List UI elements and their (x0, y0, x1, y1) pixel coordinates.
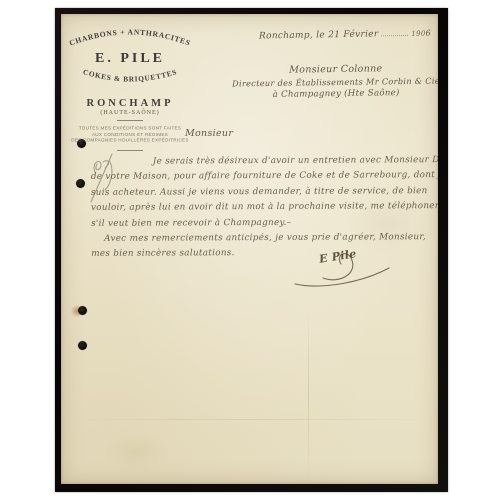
recipient-address: à Champagney (Hte Saône) (227, 87, 438, 100)
body-line: de votre Maison, pour affaire fourniture… (91, 168, 438, 185)
recipient-title: Directeur des Établissements Mr Corbin &… (227, 75, 438, 88)
letterhead-divider (117, 150, 143, 151)
dateline-place-date: Ronchamp, le 21 Février (259, 29, 379, 41)
notice-line: DES COMPAGNIES HOUILLÈRES EXPÉDITRICES (70, 138, 190, 144)
body-line: s'il veut bien me recevoir à Champagney.… (91, 215, 438, 232)
letterhead-arc-bottom: COKES & BRIQUETTES (65, 67, 195, 91)
company-name: E. PILE (65, 51, 195, 67)
dateline-year-digit: 6 (426, 28, 432, 37)
letterhead-region: (HAUTE-SAÔNE) (65, 110, 195, 116)
signature-block: E Pile (293, 244, 403, 296)
letterhead-arc-top-text: CHARBONS + ANTHRACITES (68, 27, 192, 47)
punch-hole (76, 179, 85, 188)
dateline: Ronchamp, le 21 Février 190 6 (259, 28, 431, 41)
punch-hole (78, 341, 87, 350)
letterhead: CHARBONS + ANTHRACITES E. PILE COKES & B… (65, 22, 195, 151)
punch-hole (78, 306, 87, 315)
svg-text:CHARBONS + ANTHRACITES: CHARBONS + ANTHRACITES (68, 27, 192, 47)
letterhead-notice: TOUTES MES EXPÉDITIONS SONT FAITES AUX C… (70, 126, 190, 144)
vertical-crease (308, 304, 309, 482)
body-line: vouloir, après lui en avoir dit un mot à… (91, 199, 438, 216)
salutation: Monsieur (185, 128, 233, 139)
horizontal-fold-crease (61, 419, 438, 420)
recipient-name: Monsieur Colonne (227, 62, 438, 76)
notice-line: TOUTES MES EXPÉDITIONS SONT FAITES (70, 126, 190, 132)
age-spot (101, 432, 171, 472)
svg-text:COKES & BRIQUETTES: COKES & BRIQUETTES (82, 67, 178, 83)
letterhead-arc-top: CHARBONS + ANTHRACITES (65, 22, 195, 49)
letter-photo: CHARBONS + ANTHRACITES E. PILE COKES & B… (55, 8, 448, 492)
letterhead-arc-bottom-text: COKES & BRIQUETTES (82, 67, 178, 83)
dateline-year-prefix: 190 (411, 30, 425, 38)
letterhead-city: RONCHAMP (65, 98, 195, 109)
recipient-block: Monsieur Colonne Directeur des Établisse… (227, 62, 438, 100)
dateline-dotted-rule (381, 35, 408, 36)
body-line: Je serais très désireux d'avoir un entre… (91, 153, 438, 170)
letter-paper: CHARBONS + ANTHRACITES E. PILE COKES & B… (61, 14, 438, 484)
body-line: suis acheteur. Aussi je viens vous deman… (91, 184, 438, 201)
letterhead-divider (117, 120, 143, 121)
